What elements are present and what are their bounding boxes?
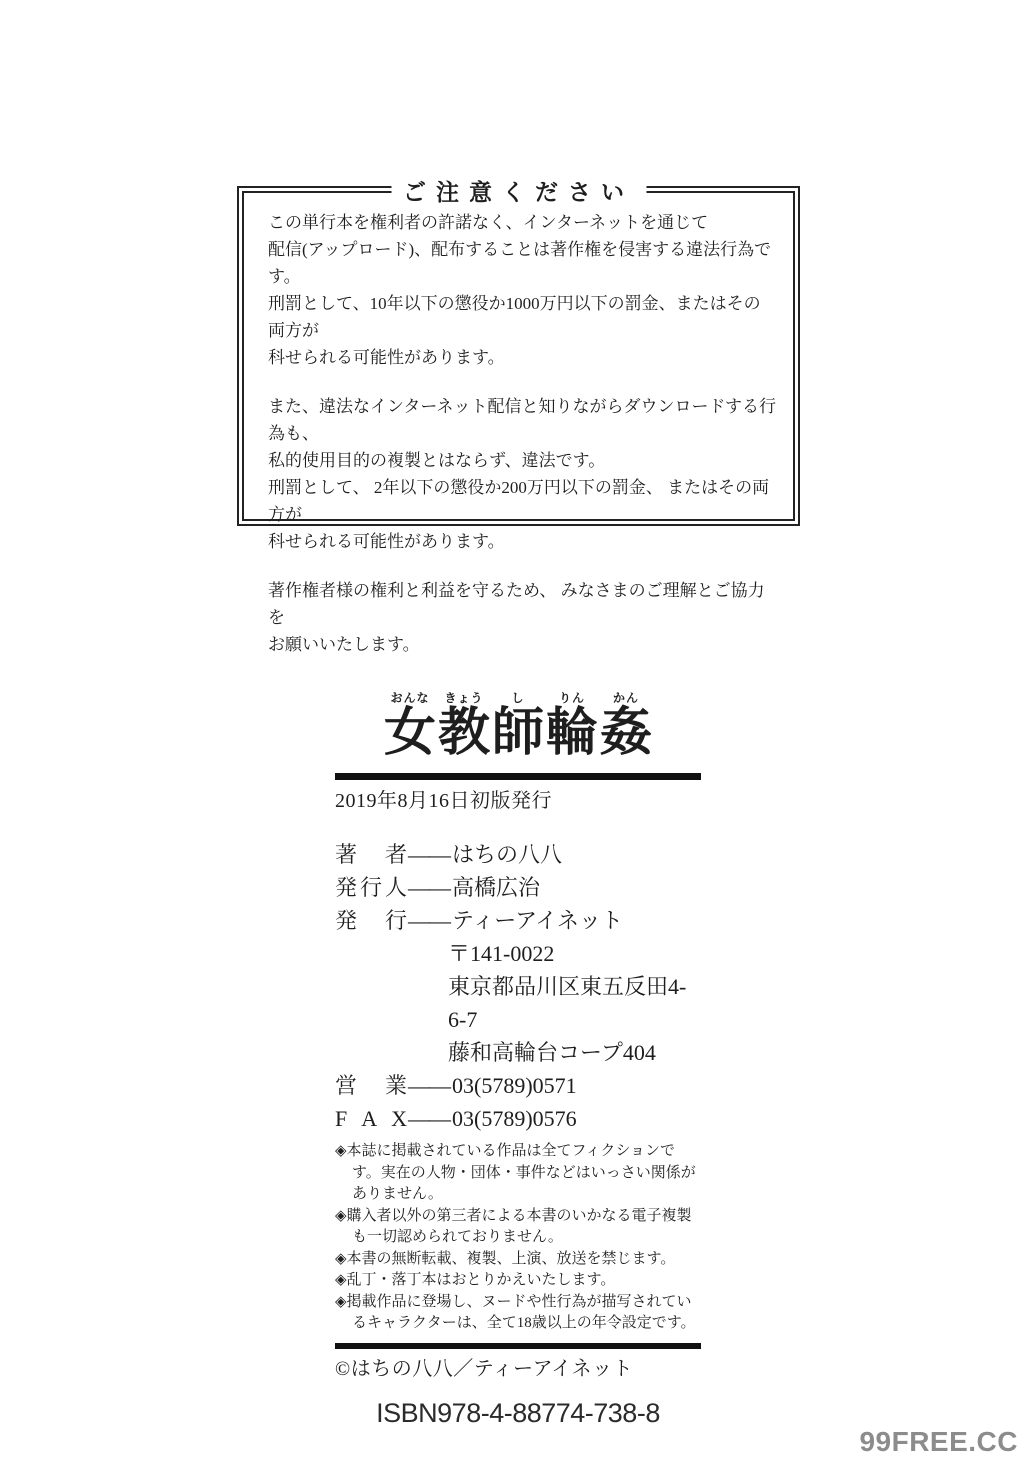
diamond-bullet-icon: ◈ [335,1251,347,1267]
isbn: ISBN978-4-88774-738-8 [335,1398,701,1429]
detail-value: 03(5789)0576 [452,1102,577,1135]
detail-label: 発 行 [335,904,407,937]
edition-date: 2019年8月16日初版発行 [335,788,701,814]
warning-paragraph: 著作権者様の権利と利益を守るため、 みなさまのご理解とご協力を お願いいたします… [268,577,777,658]
watermark: 99FREE.CC [859,1426,1018,1458]
diamond-bullet-icon: ◈ [335,1143,347,1159]
copyright-line: ©はちの八八／ティーアイネット [335,1356,701,1382]
detail-value: 03(5789)0571 [452,1069,577,1102]
legal-note: ◈本書の無断転載、複製、上演、放送を禁じます。 [335,1249,701,1271]
warning-paragraphs: この単行本を権利者の許諾なく、インターネットを通じて 配信(アップロード)、配布… [244,193,793,658]
colophon-page: ご注意ください この単行本を権利者の許諾なく、インターネットを通じて 配信(アッ… [0,0,1036,1470]
diamond-bullet-icon: ◈ [335,1294,347,1310]
title-character: りん輪 [546,692,598,761]
warning-paragraph: また、違法なインターネット配信と知りながらダウンロードする行為も、 私的使用目的… [268,393,777,555]
title-character: し師 [492,692,544,761]
divider-rule-bottom [335,1343,701,1349]
title-character: きょう教 [438,692,490,761]
label-dash: —— [408,1102,450,1135]
title-kanji: 姦 [600,705,652,761]
label-dash: —— [408,904,450,937]
detail-value: はちの八八 [452,838,562,871]
detail-indent-line: 〒141-0022 [335,937,701,970]
label-dash: —— [408,1069,450,1102]
detail-label: 発行人 [335,871,407,904]
title-kanji: 女 [384,705,436,761]
title-kanji: 輪 [546,705,598,761]
colophon-block: おんな女きょう教し師りん輪かん姦 2019年8月16日初版発行 著 者——はちの… [335,692,701,1429]
detail-row: 著 者——はちの八八 [335,838,701,871]
title-kanji: 師 [492,705,544,761]
title-character: おんな女 [384,692,436,761]
legal-note: ◈本誌に掲載されている作品は全てフィクションです。実在の人物・団体・事件などはい… [335,1141,701,1206]
title-character: かん姦 [600,692,652,761]
copyright-warning-box: ご注意ください この単行本を権利者の許諾なく、インターネットを通じて 配信(アッ… [237,186,800,526]
label-dash: —— [408,838,450,871]
detail-row: F A X——03(5789)0576 [335,1102,701,1135]
detail-indent-line: 東京都品川区東五反田4-6-7 [335,970,701,1036]
detail-indent-line: 藤和高輪台コープ404 [335,1036,701,1069]
legal-note: ◈掲載作品に登場し、ヌードや性行為が描写されているキャラクターは、全て18歳以上… [335,1292,701,1335]
divider-rule-top [335,773,701,780]
legal-note: ◈購入者以外の第三者による本書のいかなる電子複製も一切認められておりません。 [335,1206,701,1249]
label-dash: —— [408,871,450,904]
detail-row: 営 業——03(5789)0571 [335,1069,701,1102]
diamond-bullet-icon: ◈ [335,1272,347,1288]
detail-row: 発行人——高橋広治 [335,871,701,904]
detail-label: F A X [335,1102,407,1135]
title-kanji: 教 [438,705,490,761]
detail-label: 営 業 [335,1069,407,1102]
publication-details: 著 者——はちの八八発行人——高橋広治発 行——ティーアイネット〒141-002… [335,838,701,1135]
diamond-bullet-icon: ◈ [335,1208,347,1224]
warning-paragraph: この単行本を権利者の許諾なく、インターネットを通じて 配信(アップロード)、配布… [268,209,777,371]
detail-row: 発 行——ティーアイネット [335,904,701,937]
legal-note: ◈乱丁・落丁本はおとりかえいたします。 [335,1270,701,1292]
book-title: おんな女きょう教し師りん輪かん姦 [335,692,701,761]
warning-heading: ご注意ください [391,179,646,207]
detail-label: 著 者 [335,838,407,871]
detail-value: ティーアイネット [452,904,623,937]
legal-notes: ◈本誌に掲載されている作品は全てフィクションです。実在の人物・団体・事件などはい… [335,1141,701,1335]
detail-value: 高橋広治 [452,871,540,904]
